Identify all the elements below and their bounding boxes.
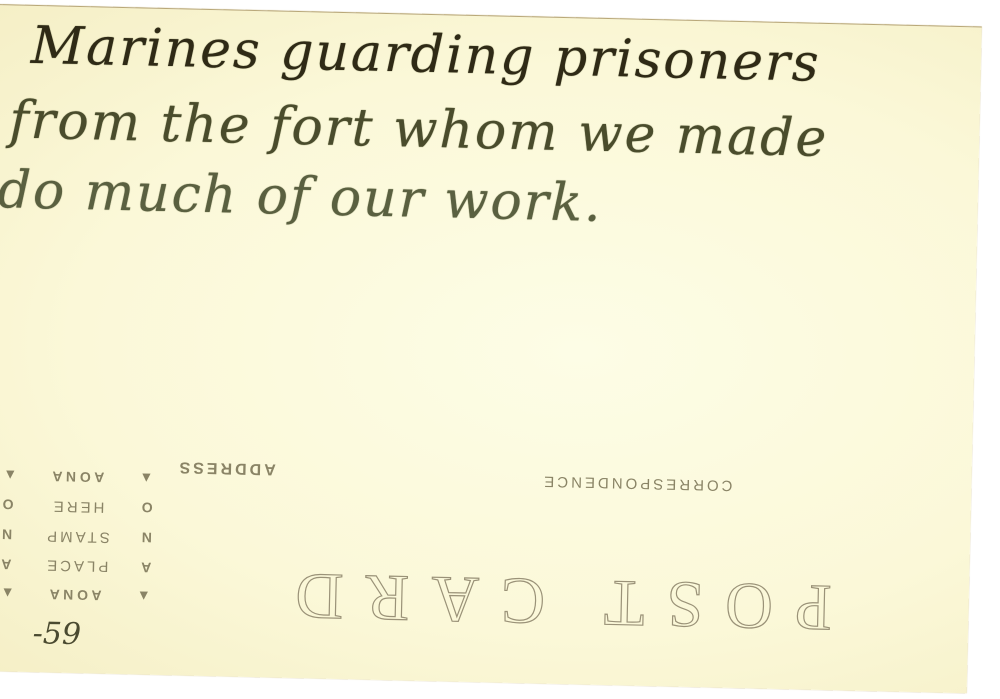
stamp-box: ▲ A O N A ▲ A PLACE A N STAMP N O HERE O…: [0, 460, 153, 611]
handwritten-line-3: do much of our work.: [0, 160, 603, 234]
correspondence-label: CORRESPONDENCE: [541, 473, 733, 494]
post-card-title: POST CARD: [273, 557, 833, 646]
stamp-row: O HERE O: [2, 490, 153, 523]
stamp-corner-glyph: ▲: [137, 589, 151, 605]
stamp-inner-glyphs: A O N A: [52, 468, 104, 485]
stamp-row: A PLACE A: [1, 549, 152, 582]
stamp-corner-glyph: ▲: [0, 586, 14, 602]
stamp-row-bottom: ▲ A O N A ▲: [3, 460, 154, 493]
stamp-place-text: PLACE: [44, 556, 109, 574]
catalog-number: -59: [32, 616, 81, 652]
stamp-side-glyph: N: [2, 526, 12, 542]
stamp-side-glyph: A: [1, 556, 11, 572]
stamp-here-text: HERE: [51, 497, 105, 515]
stamp-side-glyph: O: [2, 497, 13, 513]
stamp-row-top: ▲ A O N A ▲: [0, 579, 151, 612]
postcard-back: Marines guarding prisoners from the fort…: [0, 4, 982, 693]
stamp-row: N STAMP N: [2, 520, 153, 553]
stamp-corner-glyph: ▲: [139, 470, 153, 486]
stamp-side-glyph: O: [142, 500, 153, 516]
stamp-side-glyph: N: [142, 530, 152, 546]
stamp-corner-glyph: ▲: [3, 467, 17, 483]
stamp-stamp-text: STAMP: [44, 527, 110, 545]
stamp-side-glyph: A: [141, 559, 151, 575]
address-label: ADDRESS: [176, 457, 276, 477]
handwritten-line-1: Marines guarding prisoners: [30, 16, 821, 94]
stamp-inner-glyphs: A O N A: [50, 587, 102, 604]
handwritten-line-2: from the fort whom we made: [9, 90, 829, 169]
